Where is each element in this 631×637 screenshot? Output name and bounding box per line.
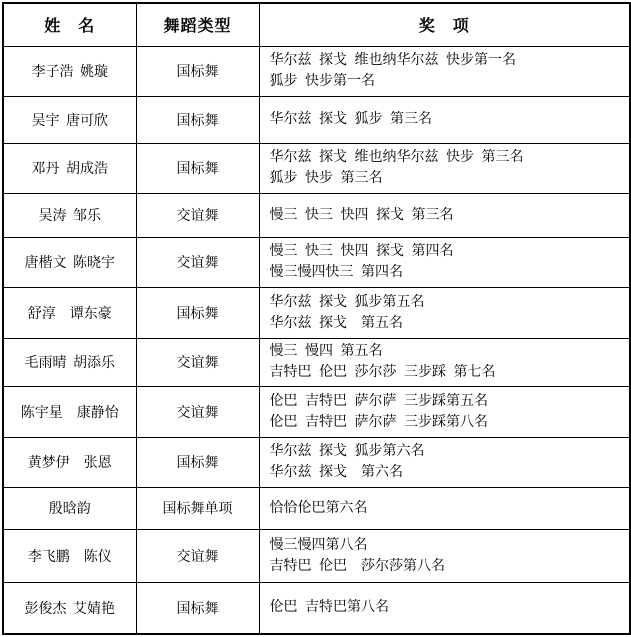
- dance-type-cell: 国标舞单项: [136, 487, 259, 529]
- award-line: 华尔兹 探戈 维也纳华尔兹 快步第一名: [270, 50, 624, 71]
- award-line: 狐步 快步第一名: [270, 71, 624, 92]
- dance-awards-table: 姓 名 舞蹈类型 奖 项 李子浩 姚璇 国标舞 华尔兹 探戈 维也纳华尔兹 快步…: [2, 2, 631, 635]
- awards-cell: 华尔兹 探戈 狐步第六名 华尔兹 探戈 第六名: [259, 437, 630, 487]
- dance-type-cell: 国标舞: [136, 437, 259, 487]
- award-line: 慢三 快三 快四 探戈 第三名: [270, 205, 624, 226]
- names-cell: 舒淳 谭东豪: [3, 287, 136, 338]
- table-row: 李子浩 姚璇 国标舞 华尔兹 探戈 维也纳华尔兹 快步第一名 狐步 快步第一名: [3, 46, 630, 96]
- awards-cell: 慢三 快三 快四 探戈 第四名 慢三慢四快三 第四名: [259, 237, 630, 287]
- table-row: 唐楷文 陈晓宇 交谊舞 慢三 快三 快四 探戈 第四名 慢三慢四快三 第四名: [3, 237, 630, 287]
- table-row: 吴宇 唐可欣 国标舞 华尔兹 探戈 狐步 第三名: [3, 96, 630, 143]
- dance-type-cell: 交谊舞: [136, 529, 259, 582]
- table-row: 陈宇星 康静怡 交谊舞 伦巴 吉特巴 萨尔萨 三步踩第五名 伦巴 吉特巴 萨尔萨…: [3, 386, 630, 437]
- table-row: 李飞鹏 陈仪 交谊舞 慢三慢四第八名 吉特巴 伦巴 莎尔莎第八名: [3, 529, 630, 582]
- table-row: 殷晗韵 国标舞单项 恰恰伦巴第六名: [3, 487, 630, 529]
- header-awards: 奖 项: [259, 3, 630, 46]
- award-line: 华尔兹 探戈 狐步第六名: [270, 441, 624, 462]
- award-line: 恰恰伦巴第六名: [270, 498, 624, 519]
- dance-type-cell: 国标舞: [136, 46, 259, 96]
- awards-cell: 恰恰伦巴第六名: [259, 487, 630, 529]
- dance-type-cell: 国标舞: [136, 287, 259, 338]
- award-line: 华尔兹 探戈 维也纳华尔兹 快步 第三名: [270, 147, 624, 168]
- table-header-row: 姓 名 舞蹈类型 奖 项: [3, 3, 630, 46]
- table-row: 彭俊杰 艾婧艳 国标舞 伦巴 吉特巴第八名: [3, 582, 630, 634]
- names-cell: 陈宇星 康静怡: [3, 386, 136, 437]
- names-cell: 李子浩 姚璇: [3, 46, 136, 96]
- names-cell: 李飞鹏 陈仪: [3, 529, 136, 582]
- names-cell: 吴宇 唐可欣: [3, 96, 136, 143]
- award-line: 慢三慢四第八名: [270, 535, 624, 556]
- award-line: 吉特巴 伦巴 莎尔莎第八名: [270, 556, 624, 577]
- names-cell: 邓丹 胡成浩: [3, 143, 136, 193]
- table-row: 邓丹 胡成浩 国标舞 华尔兹 探戈 维也纳华尔兹 快步 第三名 狐步 快步 第三…: [3, 143, 630, 193]
- awards-cell: 慢三慢四第八名 吉特巴 伦巴 莎尔莎第八名: [259, 529, 630, 582]
- awards-cell: 华尔兹 探戈 维也纳华尔兹 快步 第三名 狐步 快步 第三名: [259, 143, 630, 193]
- award-line: 伦巴 吉特巴 萨尔萨 三步踩第八名: [270, 412, 624, 433]
- award-line: 伦巴 吉特巴第八名: [270, 597, 624, 618]
- awards-cell: 慢三 慢四 第五名 吉特巴 伦巴 莎尔莎 三步踩 第七名: [259, 338, 630, 386]
- award-line: 慢三 快三 快四 探戈 第四名: [270, 241, 624, 262]
- awards-cell: 华尔兹 探戈 维也纳华尔兹 快步第一名 狐步 快步第一名: [259, 46, 630, 96]
- table-row: 舒淳 谭东豪 国标舞 华尔兹 探戈 狐步第五名 华尔兹 探戈 第五名: [3, 287, 630, 338]
- dance-type-cell: 国标舞: [136, 582, 259, 634]
- table-row: 黄梦伊 张恩 国标舞 华尔兹 探戈 狐步第六名 华尔兹 探戈 第六名: [3, 437, 630, 487]
- header-names: 姓 名: [3, 3, 136, 46]
- award-line: 华尔兹 探戈 第五名: [270, 313, 624, 334]
- award-line: 狐步 快步 第三名: [270, 168, 624, 189]
- awards-cell: 伦巴 吉特巴 萨尔萨 三步踩第五名 伦巴 吉特巴 萨尔萨 三步踩第八名: [259, 386, 630, 437]
- dance-type-cell: 交谊舞: [136, 338, 259, 386]
- dance-type-cell: 国标舞: [136, 143, 259, 193]
- awards-cell: 慢三 快三 快四 探戈 第三名: [259, 193, 630, 237]
- dance-type-cell: 交谊舞: [136, 193, 259, 237]
- award-line: 华尔兹 探戈 狐步 第三名: [270, 109, 624, 130]
- awards-cell: 伦巴 吉特巴第八名: [259, 582, 630, 634]
- names-cell: 黄梦伊 张恩: [3, 437, 136, 487]
- dance-type-cell: 交谊舞: [136, 237, 259, 287]
- table-row: 吴涛 邹乐 交谊舞 慢三 快三 快四 探戈 第三名: [3, 193, 630, 237]
- award-line: 慢三 慢四 第五名: [270, 341, 624, 362]
- table-row: 毛雨晴 胡添乐 交谊舞 慢三 慢四 第五名 吉特巴 伦巴 莎尔莎 三步踩 第七名: [3, 338, 630, 386]
- names-cell: 唐楷文 陈晓宇: [3, 237, 136, 287]
- names-cell: 吴涛 邹乐: [3, 193, 136, 237]
- names-cell: 毛雨晴 胡添乐: [3, 338, 136, 386]
- awards-cell: 华尔兹 探戈 狐步 第三名: [259, 96, 630, 143]
- award-line: 华尔兹 探戈 第六名: [270, 462, 624, 483]
- dance-type-cell: 交谊舞: [136, 386, 259, 437]
- awards-cell: 华尔兹 探戈 狐步第五名 华尔兹 探戈 第五名: [259, 287, 630, 338]
- names-cell: 殷晗韵: [3, 487, 136, 529]
- dance-type-cell: 国标舞: [136, 96, 259, 143]
- award-line: 伦巴 吉特巴 萨尔萨 三步踩第五名: [270, 391, 624, 412]
- award-line: 吉特巴 伦巴 莎尔莎 三步踩 第七名: [270, 362, 624, 383]
- award-line: 华尔兹 探戈 狐步第五名: [270, 292, 624, 313]
- header-dance-type: 舞蹈类型: [136, 3, 259, 46]
- award-line: 慢三慢四快三 第四名: [270, 262, 624, 283]
- names-cell: 彭俊杰 艾婧艳: [3, 582, 136, 634]
